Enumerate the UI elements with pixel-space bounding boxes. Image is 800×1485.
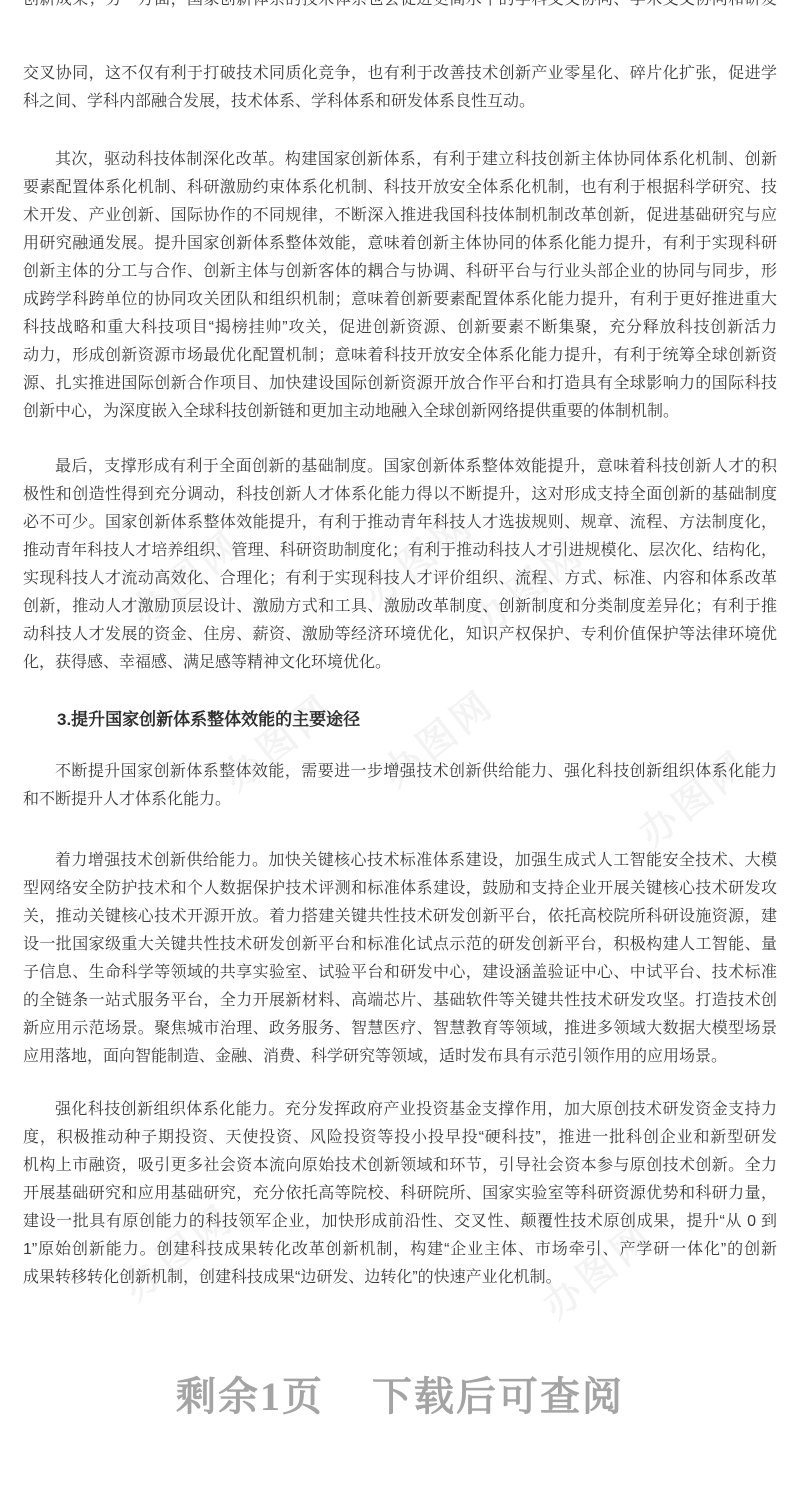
text-line: 着力增强技术创新供给能力。加快关键核心技术标准体系建设，加强生成式人工智能安全技… [23, 847, 777, 875]
text-line: 型网络安全防护技术和个人数据保护技术评测和标准体系建设，鼓励和支持企业开展关键核… [23, 875, 777, 903]
remaining-pages-label: 剩余1页 [176, 1374, 324, 1420]
text-line: 用研究融通发展。提升国家创新体系整体效能，意味着创新主体协同的体系化能力提升，有… [23, 230, 777, 258]
text-line: 必不可少。国家创新体系整体效能提升，有利于推动青年科技人才选拔规则、规章、流程、… [23, 509, 777, 537]
text-line: 应用落地，面向智能制造、金融、消费、科学研究等领域，适时发布具有示范引领作用的应… [23, 1043, 777, 1071]
text-line: 成果转移转化创新机制，创建科技成果“边研发、边转化”的快速产业化机制。 [23, 1264, 777, 1292]
text-line: 源、扎实推进国际创新合作项目、加快建设国际创新资源开放合作平台和打造具有全球影响… [23, 370, 777, 398]
text-line: 动力，形成创新资源市场最优化配置机制；意味着科技开放安全体系化能力提升，有利于统… [23, 342, 777, 370]
text-line: 创新主体的分工与合作、创新主体与创新客体的耦合与协调、科研平台与行业头部企业的协… [23, 258, 777, 286]
download-hint-label: 下载后可查阅 [372, 1374, 624, 1420]
clipped-text-line: 创新成果；另一方面，国家创新体系的技术体系也会促进更高水平的学科交叉协同、学术交… [23, 0, 777, 14]
text-line: 动科技人才发展的资金、住房、薪资、激励等经济环境优化，知识产权保护、专利价值保护… [23, 621, 777, 649]
remaining-pages-notice: 剩余1页 下载后可查阅 [0, 1374, 800, 1420]
document-page: 办图网办图网办图网办图网办图网办图网办图网办图网 创新成果；另一方面，国家创新体… [0, 0, 800, 1485]
text-line: 建设一批具有原创能力的科技领军企业，加快形成前沿性、交叉性、颠覆性技术原创成果，… [23, 1208, 777, 1236]
text-line: 推动青年科技人才培养组织、管理、科研资助制度化；有利于推动科技人才引进规模化、层… [23, 537, 777, 565]
text-line: 实现科技人才流动高效化、合理化；有利于实现科技人才评价组织、流程、方式、标准、内… [23, 565, 777, 593]
text-line: 不断提升国家创新体系整体效能，需要进一步增强技术创新供给能力、强化科技创新组织体… [23, 758, 777, 786]
text-line: 极性和创造性得到充分调动，科技创新人才体系化能力得以不断提升，这对形成支持全面创… [23, 481, 777, 509]
text-line: 其次，驱动科技体制深化改革。构建国家创新体系，有利于建立科技创新主体协同体系化机… [23, 146, 777, 174]
text-line: 最后，支撑形成有利于全面创新的基础制度。国家创新体系整体效能提升，意味着科技创新… [23, 453, 777, 481]
text-line: 和不断提升人才体系化能力。 [23, 786, 777, 814]
text-line: 子信息、生命科学等领域的共享实验室、试验平台和研发中心，建设涵盖验证中心、中试平… [23, 959, 777, 987]
paragraph: 其次，驱动科技体制深化改革。构建国家创新体系，有利于建立科技创新主体协同体系化机… [23, 146, 777, 426]
paragraph: 创新成果；另一方面，国家创新体系的技术体系也会促进更高水平的学科交叉协同、学术交… [23, 0, 777, 14]
text-line: 开展基础研究和应用基础研究，充分依托高等院校、科研院所、国家实验室等科研资源优势… [23, 1180, 777, 1208]
text-line: 机构上市融资，吸引更多社会资本流向原始技术创新领域和环节，引导社会资本参与原创技… [23, 1152, 777, 1180]
text-line: 1”原始创新能力。创建科技成果转化改革创新机制，构建“企业主体、市场牵引、产学研… [23, 1236, 777, 1264]
text-line: 要素配置体系化机制、科研激励约束体系化机制、科技开放安全体系化机制，也有利于根据… [23, 174, 777, 202]
text-line: 度，积极推动种子期投资、天使投资、风险投资等投小投早投“硬科技”，推进一批科创企… [23, 1124, 777, 1152]
section-heading: 3.提升国家创新体系整体效能的主要途径 [23, 706, 777, 734]
text-line: 强化科技创新组织体系化能力。充分发挥政府产业投资基金支撑作用，加大原创技术研发资… [23, 1096, 777, 1124]
text-line: 的全链条一站式服务平台，全力开展新材料、高端芯片、基础软件等关键共性技术研发攻坚… [23, 987, 777, 1015]
text-line: 科之间、学科内部融合发展，技术体系、学科体系和研发体系良性互动。 [23, 88, 777, 116]
text-line: 术开发、产业创新、国际协作的不同规律，不断深入推进我国科技体制机制改革创新，促进… [23, 202, 777, 230]
paragraph: 最后，支撑形成有利于全面创新的基础制度。国家创新体系整体效能提升，意味着科技创新… [23, 453, 777, 677]
paragraph: 着力增强技术创新供给能力。加快关键核心技术标准体系建设，加强生成式人工智能安全技… [23, 847, 777, 1071]
text-content: 创新成果；另一方面，国家创新体系的技术体系也会促进更高水平的学科交叉协同、学术交… [0, 0, 800, 1292]
text-line: 设一批国家级重大关键共性技术研发创新平台和标准化试点示范的研发创新平台，积极构建… [23, 931, 777, 959]
text-line: 关，推动关键核心技术开源开放。着力搭建关键共性技术研发创新平台，依托高校院所科研… [23, 903, 777, 931]
paragraph: 不断提升国家创新体系整体效能，需要进一步增强技术创新供给能力、强化科技创新组织体… [23, 758, 777, 814]
text-line: 3.提升国家创新体系整体效能的主要途径 [23, 706, 777, 734]
paragraph: 交叉协同，这不仅有利于打破技术同质化竞争，也有利于改善技术创新产业零星化、碎片化… [23, 60, 777, 116]
text-line: 科技战略和重大科技项目“揭榜挂帅”攻关，促进创新资源、创新要素不断集聚，充分释放… [23, 314, 777, 342]
text-line: 成跨学科跨单位的协同攻关团队和组织机制；意味着创新要素配置体系化能力提升，有利于… [23, 286, 777, 314]
text-line: 新应用示范场景。聚焦城市治理、政务服务、智慧医疗、智慧教育等领域，推进多领域大数… [23, 1015, 777, 1043]
text-line: 化，获得感、幸福感、满足感等精神文化环境优化。 [23, 649, 777, 677]
text-line: 创新中心，为深度嵌入全球科技创新链和更加主动地融入全球创新网络提供重要的体制机制… [23, 398, 777, 426]
paragraph: 强化科技创新组织体系化能力。充分发挥政府产业投资基金支撑作用，加大原创技术研发资… [23, 1096, 777, 1292]
text-line: 交叉协同，这不仅有利于打破技术同质化竞争，也有利于改善技术创新产业零星化、碎片化… [23, 60, 777, 88]
text-line: 创新，推动人才激励顶层设计、激励方式和工具、激励改革制度、创新制度和分类制度差异… [23, 593, 777, 621]
